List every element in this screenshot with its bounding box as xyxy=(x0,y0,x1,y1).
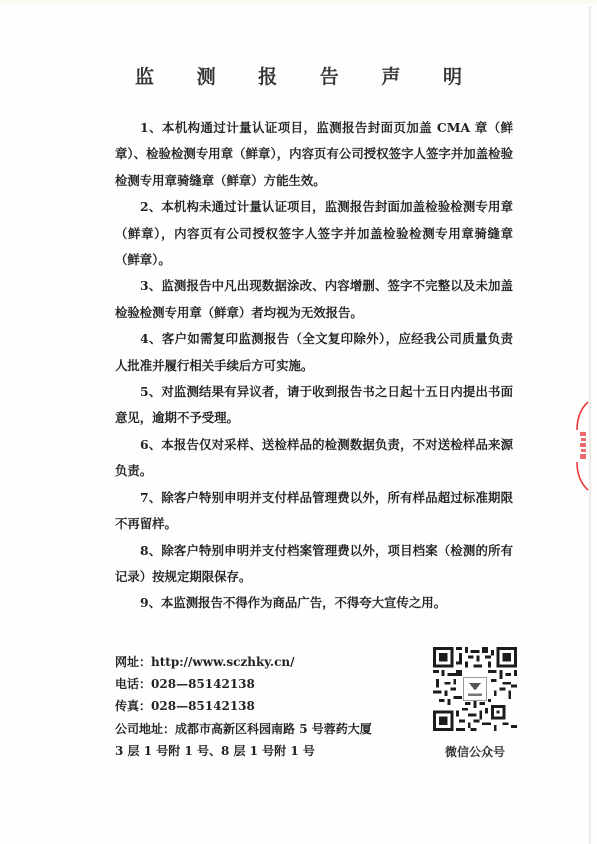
qr-code-icon xyxy=(433,647,517,731)
phone-number: 028—85142138 xyxy=(151,677,255,691)
clause-4: 4、客户如需复印监测报告（全文复印除外），应经我公司质量负责人批准并履行相关手续… xyxy=(115,326,513,379)
fax-label: 传真： xyxy=(115,699,151,713)
contact-info: 网址：http://www.sczhky.cn/ 电话：028—85142138… xyxy=(115,651,445,762)
clause-3: 3、监测报告中凡出现数据涂改、内容增删、签字不完整以及未加盖检验检测专用章（鲜章… xyxy=(115,273,513,326)
clause-9: 9、本监测报告不得作为商品广告，不得夸大宣传之用。 xyxy=(115,590,513,616)
fax-number: 028—85142138 xyxy=(151,699,255,713)
phone-label: 电话： xyxy=(115,677,151,691)
qr-code-label: 微信公众号 xyxy=(433,743,517,760)
clause-7: 7、除客户特别申明并支付样品管理费以外，所有样品超过标准期限不再留样。 xyxy=(115,485,513,538)
address-row-2: 3 层 1 号附 1 号、8 层 1 号附 1 号 xyxy=(115,740,445,762)
website-label: 网址： xyxy=(115,655,151,669)
website-link[interactable]: http://www.sczhky.cn/ xyxy=(151,655,294,669)
address-row: 公司地址：成都市高新区科园南路 5 号蓉药大厦 xyxy=(115,718,445,740)
phone-row: 电话：028—85142138 xyxy=(115,673,445,695)
clause-5: 5、对监测结果有异议者，请于收到报告书之日起十五日内提出书面意见，逾期不予受理。 xyxy=(115,379,513,432)
clause-8: 8、除客户特别申明并支付档案管理费以外，项目档案（检测的所有记录）按规定期限保存… xyxy=(115,538,513,591)
clause-6: 6、本报告仅对采样、送检样品的检测数据负责，不对送检样品来源负责。 xyxy=(115,432,513,485)
website-row: 网址：http://www.sczhky.cn/ xyxy=(115,651,445,673)
statement-clauses: 1、本机构通过计量认证项目，监测报告封面页加盖 CMA 章（鲜章）、检验检测专用… xyxy=(115,115,513,617)
document-page: 监 测 报 告 声 明 1、本机构通过计量认证项目，监测报告封面页加盖 CMA … xyxy=(0,0,597,844)
clause-2: 2、本机构未通过计量认证项目，监测报告封面加盖检验检测专用章（鲜章），内容页有公… xyxy=(115,194,513,273)
red-seal-stamp-icon xyxy=(574,400,592,492)
fax-row: 传真：028—85142138 xyxy=(115,695,445,717)
document-title: 监 测 报 告 声 明 xyxy=(0,62,597,89)
clause-1: 1、本机构通过计量认证项目，监测报告封面页加盖 CMA 章（鲜章）、检验检测专用… xyxy=(115,115,513,194)
address-line-2: 3 层 1 号附 1 号、8 层 1 号附 1 号 xyxy=(115,744,315,758)
address-line-1: 成都市高新区科园南路 5 号蓉药大厦 xyxy=(175,722,372,736)
page-top-edge xyxy=(0,0,597,4)
address-label: 公司地址： xyxy=(115,722,175,736)
